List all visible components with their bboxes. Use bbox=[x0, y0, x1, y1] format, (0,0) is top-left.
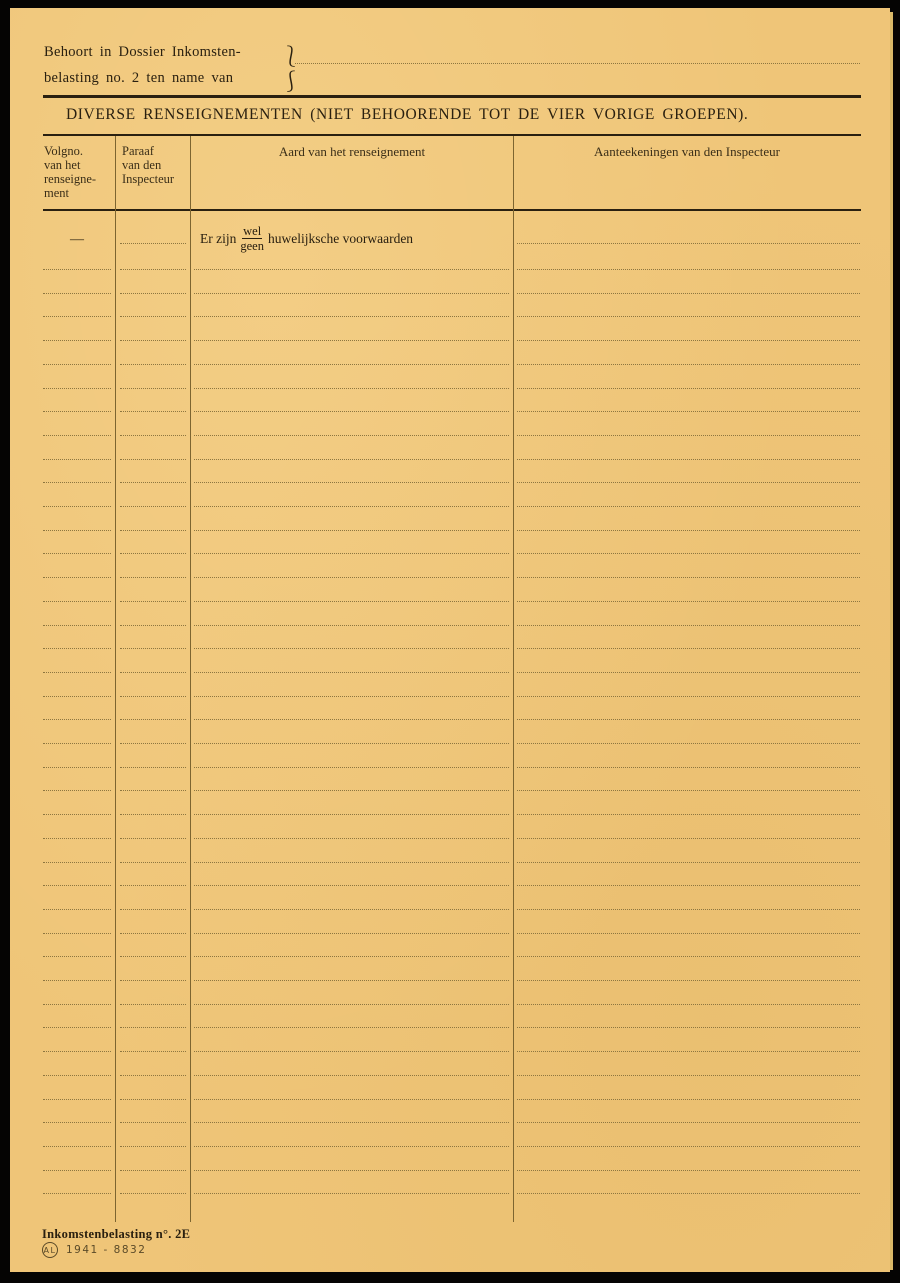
row-line[interactable] bbox=[120, 435, 186, 436]
row-line[interactable] bbox=[517, 1027, 860, 1028]
row-line[interactable] bbox=[517, 696, 860, 697]
brace-bottom-icon: ⎰ bbox=[281, 65, 301, 94]
row-line[interactable] bbox=[517, 601, 860, 602]
row-line[interactable] bbox=[43, 980, 111, 981]
row-line[interactable] bbox=[194, 1170, 509, 1171]
header-bottom-rule bbox=[43, 209, 861, 211]
row-line[interactable] bbox=[194, 482, 509, 483]
row-line[interactable] bbox=[194, 269, 509, 270]
row-line[interactable] bbox=[120, 293, 186, 294]
first-row-volgno: — bbox=[70, 232, 84, 248]
row-line[interactable] bbox=[194, 1004, 509, 1005]
row-line[interactable] bbox=[194, 411, 509, 412]
row-line[interactable] bbox=[194, 1051, 509, 1052]
row-line[interactable] bbox=[194, 696, 509, 697]
row-line[interactable] bbox=[43, 577, 111, 578]
row-line[interactable] bbox=[43, 482, 111, 483]
row-line[interactable] bbox=[120, 719, 186, 720]
row-line[interactable] bbox=[120, 316, 186, 317]
row-line[interactable] bbox=[120, 388, 186, 389]
row-line[interactable] bbox=[120, 790, 186, 791]
row-line[interactable] bbox=[43, 672, 111, 673]
row-line[interactable] bbox=[43, 530, 111, 531]
row-line[interactable] bbox=[43, 933, 111, 934]
row-line[interactable] bbox=[120, 1099, 186, 1100]
row-line[interactable] bbox=[517, 1170, 860, 1171]
row-line[interactable] bbox=[517, 743, 860, 744]
row-line[interactable] bbox=[120, 1146, 186, 1147]
row-line[interactable] bbox=[194, 648, 509, 649]
row-line[interactable] bbox=[120, 1075, 186, 1076]
wel-geen-choice[interactable]: wel geen bbox=[240, 224, 264, 253]
row-line[interactable] bbox=[120, 530, 186, 531]
row-line[interactable] bbox=[43, 1099, 111, 1100]
row-line[interactable] bbox=[43, 388, 111, 389]
column-header-aanteekeningen: Aanteekeningen van den Inspecteur bbox=[514, 144, 860, 160]
row-line[interactable] bbox=[120, 577, 186, 578]
row-line[interactable] bbox=[43, 269, 111, 270]
row-line[interactable] bbox=[194, 909, 509, 910]
row-line[interactable] bbox=[517, 909, 860, 910]
row-line[interactable] bbox=[120, 364, 186, 365]
row-line[interactable] bbox=[517, 577, 860, 578]
row-line[interactable] bbox=[120, 269, 186, 270]
row-line[interactable] bbox=[194, 1122, 509, 1123]
row-line[interactable] bbox=[43, 364, 111, 365]
row-line[interactable] bbox=[194, 743, 509, 744]
row-line[interactable] bbox=[194, 1099, 509, 1100]
row-line[interactable] bbox=[120, 601, 186, 602]
row-line[interactable] bbox=[517, 340, 860, 341]
row-line[interactable] bbox=[120, 980, 186, 981]
row-line[interactable] bbox=[194, 719, 509, 720]
row-line[interactable] bbox=[43, 956, 111, 957]
row-line[interactable] bbox=[43, 601, 111, 602]
row-line[interactable] bbox=[120, 909, 186, 910]
row-line[interactable] bbox=[43, 340, 111, 341]
row-line[interactable] bbox=[194, 316, 509, 317]
title-rule bbox=[43, 134, 861, 136]
row-line[interactable] bbox=[194, 340, 509, 341]
row-line[interactable] bbox=[194, 933, 509, 934]
row-line[interactable] bbox=[194, 790, 509, 791]
row-line[interactable] bbox=[517, 885, 860, 886]
row-line[interactable] bbox=[517, 1075, 860, 1076]
row-line[interactable] bbox=[120, 459, 186, 460]
row-line[interactable] bbox=[194, 506, 509, 507]
row-line[interactable] bbox=[517, 1193, 860, 1194]
row-line[interactable] bbox=[43, 648, 111, 649]
row-line[interactable] bbox=[120, 411, 186, 412]
row-line[interactable] bbox=[194, 625, 509, 626]
row-line[interactable] bbox=[194, 980, 509, 981]
row-line[interactable] bbox=[120, 1170, 186, 1171]
first-row-aanteekeningen-field[interactable] bbox=[517, 243, 860, 244]
row-line[interactable] bbox=[43, 885, 111, 886]
row-line[interactable] bbox=[43, 1004, 111, 1005]
row-line[interactable] bbox=[43, 316, 111, 317]
row-line[interactable] bbox=[517, 316, 860, 317]
row-line[interactable] bbox=[517, 648, 860, 649]
row-line[interactable] bbox=[43, 719, 111, 720]
row-line[interactable] bbox=[43, 411, 111, 412]
row-line[interactable] bbox=[43, 1146, 111, 1147]
row-line[interactable] bbox=[517, 767, 860, 768]
column-divider-2 bbox=[190, 136, 191, 1222]
row-line[interactable] bbox=[194, 435, 509, 436]
row-line[interactable] bbox=[43, 790, 111, 791]
row-line[interactable] bbox=[120, 482, 186, 483]
row-line[interactable] bbox=[194, 388, 509, 389]
row-line[interactable] bbox=[43, 696, 111, 697]
row-line[interactable] bbox=[517, 435, 860, 436]
row-line[interactable] bbox=[120, 814, 186, 815]
column-divider-1 bbox=[115, 136, 116, 1222]
row-line[interactable] bbox=[517, 862, 860, 863]
row-line[interactable] bbox=[517, 530, 860, 531]
row-line[interactable] bbox=[517, 293, 860, 294]
row-line[interactable] bbox=[120, 1004, 186, 1005]
first-row-paraaf-field[interactable] bbox=[120, 243, 186, 244]
row-line[interactable] bbox=[517, 980, 860, 981]
column-header-paraaf: Paraaf van den Inspecteur bbox=[122, 144, 194, 186]
row-line[interactable] bbox=[43, 1122, 111, 1123]
dossier-label-line2: belasting no. 2 ten name van bbox=[44, 70, 233, 87]
print-code: AL 1941 - 8832 bbox=[42, 1242, 146, 1258]
row-line[interactable] bbox=[120, 1027, 186, 1028]
row-line[interactable] bbox=[517, 814, 860, 815]
row-line[interactable] bbox=[517, 1122, 860, 1123]
row-line[interactable] bbox=[120, 340, 186, 341]
row-line[interactable] bbox=[517, 1146, 860, 1147]
row-line[interactable] bbox=[43, 553, 111, 554]
row-line[interactable] bbox=[517, 625, 860, 626]
row-line[interactable] bbox=[194, 577, 509, 578]
row-line[interactable] bbox=[194, 862, 509, 863]
first-row-aard-entry: Er zijn wel geen huwelijksche voorwaarde… bbox=[200, 224, 413, 253]
row-line[interactable] bbox=[194, 1027, 509, 1028]
row-line[interactable] bbox=[120, 1051, 186, 1052]
row-line[interactable] bbox=[43, 838, 111, 839]
row-line[interactable] bbox=[43, 459, 111, 460]
row-line[interactable] bbox=[517, 506, 860, 507]
row-line[interactable] bbox=[120, 1122, 186, 1123]
row-line[interactable] bbox=[517, 459, 860, 460]
row-line[interactable] bbox=[194, 814, 509, 815]
row-line[interactable] bbox=[43, 506, 111, 507]
row-line[interactable] bbox=[517, 838, 860, 839]
row-line[interactable] bbox=[120, 625, 186, 626]
row-line[interactable] bbox=[120, 1193, 186, 1194]
row-line[interactable] bbox=[194, 767, 509, 768]
row-line[interactable] bbox=[517, 388, 860, 389]
row-line[interactable] bbox=[194, 885, 509, 886]
row-line[interactable] bbox=[517, 364, 860, 365]
row-line[interactable] bbox=[43, 1193, 111, 1194]
row-line[interactable] bbox=[120, 553, 186, 554]
form-number: Inkomstenbelasting n°. 2E bbox=[42, 1227, 190, 1242]
row-line[interactable] bbox=[120, 743, 186, 744]
row-line[interactable] bbox=[120, 838, 186, 839]
row-line[interactable] bbox=[194, 672, 509, 673]
row-line[interactable] bbox=[120, 862, 186, 863]
row-line[interactable] bbox=[517, 482, 860, 483]
row-line[interactable] bbox=[517, 553, 860, 554]
row-line[interactable] bbox=[517, 1099, 860, 1100]
dossier-label-line1: Behoort in Dossier Inkomsten- bbox=[44, 44, 241, 61]
row-line[interactable] bbox=[43, 435, 111, 436]
row-line[interactable] bbox=[43, 814, 111, 815]
row-line[interactable] bbox=[194, 1075, 509, 1076]
row-line[interactable] bbox=[517, 719, 860, 720]
row-line[interactable] bbox=[194, 1146, 509, 1147]
dossier-name-field[interactable] bbox=[295, 63, 860, 64]
top-rule bbox=[43, 95, 861, 98]
row-line[interactable] bbox=[43, 862, 111, 863]
row-line[interactable] bbox=[517, 933, 860, 934]
row-line[interactable] bbox=[517, 1051, 860, 1052]
row-line[interactable] bbox=[43, 1027, 111, 1028]
row-line[interactable] bbox=[43, 743, 111, 744]
row-line[interactable] bbox=[517, 269, 860, 270]
row-line[interactable] bbox=[120, 648, 186, 649]
row-line[interactable] bbox=[120, 696, 186, 697]
row-line[interactable] bbox=[194, 459, 509, 460]
row-line[interactable] bbox=[43, 909, 111, 910]
printer-logo-icon: AL bbox=[42, 1242, 58, 1258]
row-line[interactable] bbox=[194, 838, 509, 839]
form-sheet: Behoort in Dossier Inkomsten- belasting … bbox=[10, 8, 890, 1272]
row-line[interactable] bbox=[120, 767, 186, 768]
form-title: DIVERSE RENSEIGNEMENTEN (NIET BEHOORENDE… bbox=[66, 106, 748, 124]
row-line[interactable] bbox=[194, 956, 509, 957]
row-line[interactable] bbox=[194, 293, 509, 294]
column-header-aard: Aard van het renseignement bbox=[191, 144, 513, 160]
column-divider-3 bbox=[513, 136, 514, 1222]
row-line[interactable] bbox=[517, 790, 860, 791]
row-line[interactable] bbox=[194, 530, 509, 531]
row-line[interactable] bbox=[43, 1170, 111, 1171]
row-line[interactable] bbox=[43, 625, 111, 626]
row-line[interactable] bbox=[517, 1004, 860, 1005]
row-line[interactable] bbox=[120, 885, 186, 886]
row-line[interactable] bbox=[194, 553, 509, 554]
column-header-volgno: Volgno. van het renseigne- ment bbox=[44, 144, 114, 200]
row-line[interactable] bbox=[194, 364, 509, 365]
row-line[interactable] bbox=[120, 933, 186, 934]
row-line[interactable] bbox=[120, 672, 186, 673]
row-line[interactable] bbox=[43, 767, 111, 768]
row-line[interactable] bbox=[517, 956, 860, 957]
row-line[interactable] bbox=[120, 506, 186, 507]
row-line[interactable] bbox=[120, 956, 186, 957]
row-line[interactable] bbox=[517, 411, 860, 412]
row-line[interactable] bbox=[43, 293, 111, 294]
row-line[interactable] bbox=[517, 672, 860, 673]
row-line[interactable] bbox=[194, 601, 509, 602]
row-line[interactable] bbox=[43, 1075, 111, 1076]
row-line[interactable] bbox=[194, 1193, 509, 1194]
row-line[interactable] bbox=[43, 1051, 111, 1052]
